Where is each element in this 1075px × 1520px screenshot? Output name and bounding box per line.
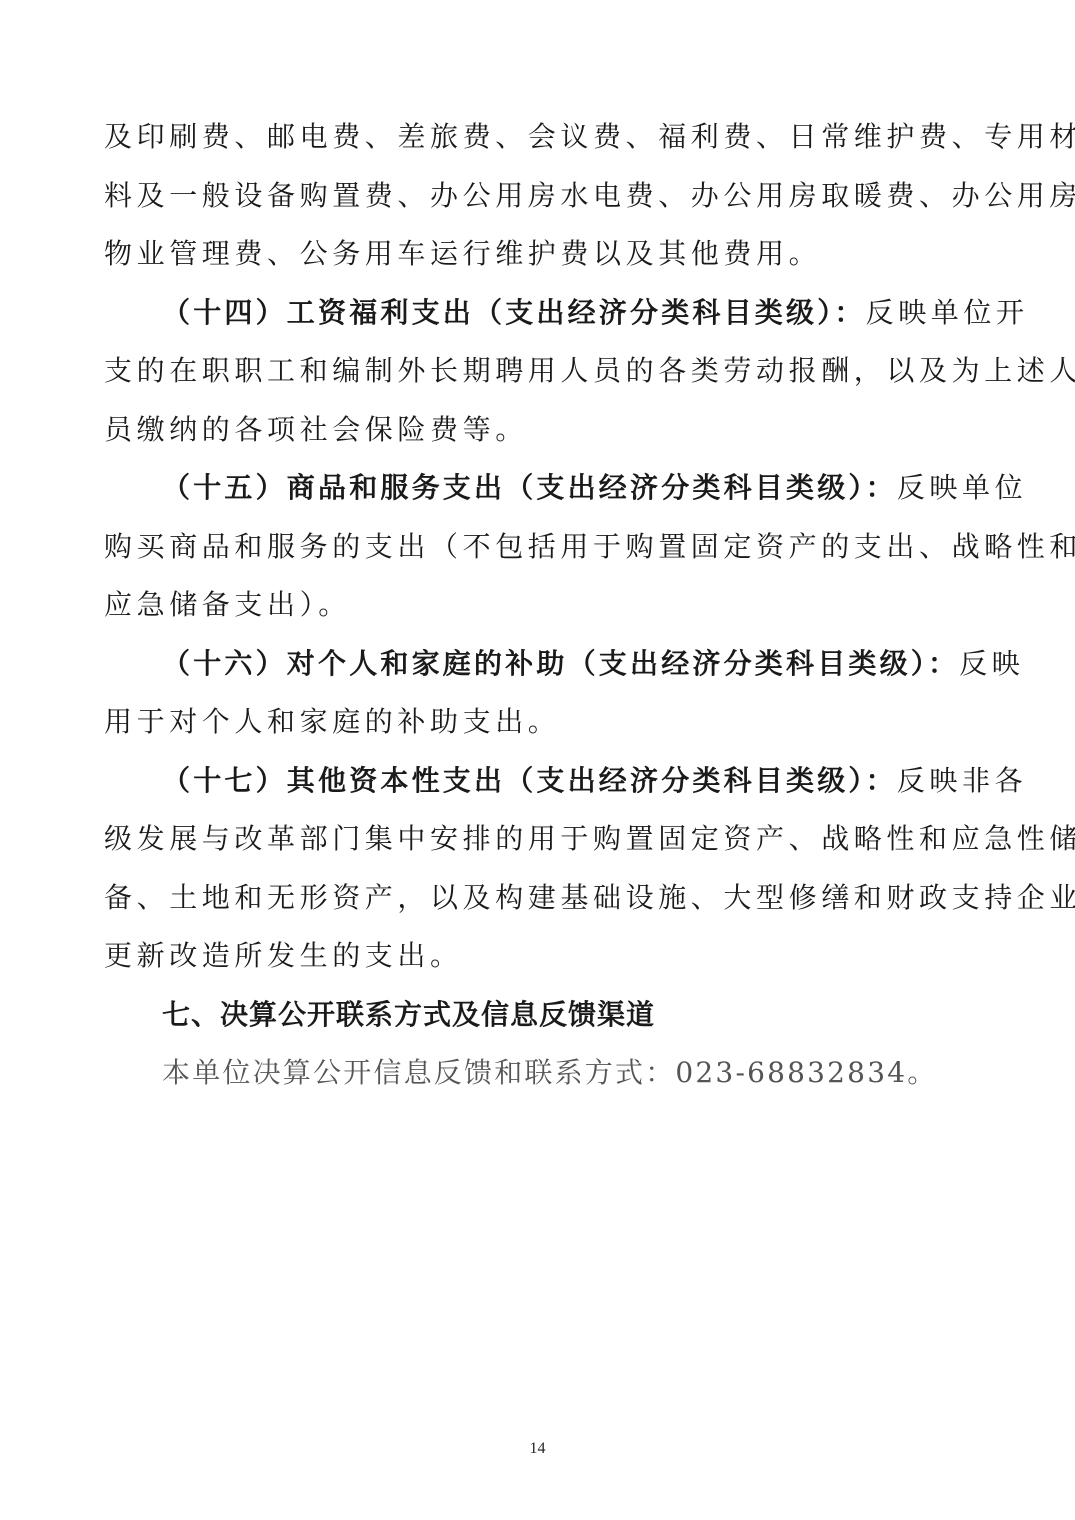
text-line: （十五）商品和服务支出（支出经济分类科目类级）：反映单位: [104, 459, 972, 518]
contact-label: 本单位决算公开信息反馈和联系方式：: [162, 1056, 675, 1089]
text-line: 级发展与改革部门集中安排的用于购置固定资产、战略性和应急性储: [104, 810, 972, 869]
text-line: 料及一般设备购置费、办公用房水电费、办公用房取暖费、办公用房: [104, 167, 972, 226]
text-line: （十四）工资福利支出（支出经济分类科目类级）：反映单位开: [104, 284, 972, 343]
item-text: 反映非各: [897, 764, 1027, 797]
text-line: 用于对个人和家庭的补助支出。: [104, 693, 972, 752]
paragraph-item-16: （十六）对个人和家庭的补助（支出经济分类科目类级）：反映 用于对个人和家庭的补助…: [104, 635, 972, 752]
paragraph-item-17: （十七）其他资本性支出（支出经济分类科目类级）：反映非各 级发展与改革部门集中安…: [104, 752, 972, 986]
text-line: 备、土地和无形资产，以及构建基础设施、大型修缮和财政支持企业: [104, 869, 972, 928]
text-line: 及印刷费、邮电费、差旅费、会议费、福利费、日常维护费、专用材: [104, 108, 972, 167]
item-title: （十四）工资福利支出（支出经济分类科目类级）：: [162, 296, 866, 329]
contact-line: 本单位决算公开信息反馈和联系方式：023-68832834。: [104, 1044, 972, 1102]
text-line: （十七）其他资本性支出（支出经济分类科目类级）：反映非各: [104, 752, 972, 811]
text-line: 员缴纳的各项社会保险费等。: [104, 401, 972, 460]
contact-end: 。: [907, 1056, 937, 1089]
item-title: （十七）其他资本性支出（支出经济分类科目类级）：: [162, 764, 897, 797]
text-line: （十六）对个人和家庭的补助（支出经济分类科目类级）：反映: [104, 635, 972, 694]
text-line: 更新改造所发生的支出。: [104, 927, 972, 986]
paragraph-item-14: （十四）工资福利支出（支出经济分类科目类级）：反映单位开 支的在职职工和编制外长…: [104, 284, 972, 460]
contact-phone: 023-68832834: [675, 1056, 907, 1089]
item-text: 反映单位开: [866, 296, 1029, 329]
paragraph-item-15: （十五）商品和服务支出（支出经济分类科目类级）：反映单位 购买商品和服务的支出（…: [104, 459, 972, 635]
item-text: 反映单位: [897, 471, 1027, 504]
text-line: 支的在职职工和编制外长期聘用人员的各类劳动报酬，以及为上述人: [104, 342, 972, 401]
paragraph-expense-items: 及印刷费、邮电费、差旅费、会议费、福利费、日常维护费、专用材 料及一般设备购置费…: [104, 108, 972, 284]
item-title: （十六）对个人和家庭的补助（支出经济分类科目类级）：: [162, 647, 959, 680]
text-line: 应急储备支出）。: [104, 576, 972, 635]
page-number: 14: [0, 1440, 1075, 1458]
item-title: （十五）商品和服务支出（支出经济分类科目类级）：: [162, 471, 897, 504]
text-line: 购买商品和服务的支出（不包括用于购置固定资产的支出、战略性和: [104, 518, 972, 577]
section-heading: 七、决算公开联系方式及信息反馈渠道: [104, 986, 972, 1044]
item-text: 反映: [959, 647, 1024, 680]
text-line: 物业管理费、公务用车运行维护费以及其他费用。: [104, 225, 972, 284]
document-page: 及印刷费、邮电费、差旅费、会议费、福利费、日常维护费、专用材 料及一般设备购置费…: [104, 108, 972, 1102]
